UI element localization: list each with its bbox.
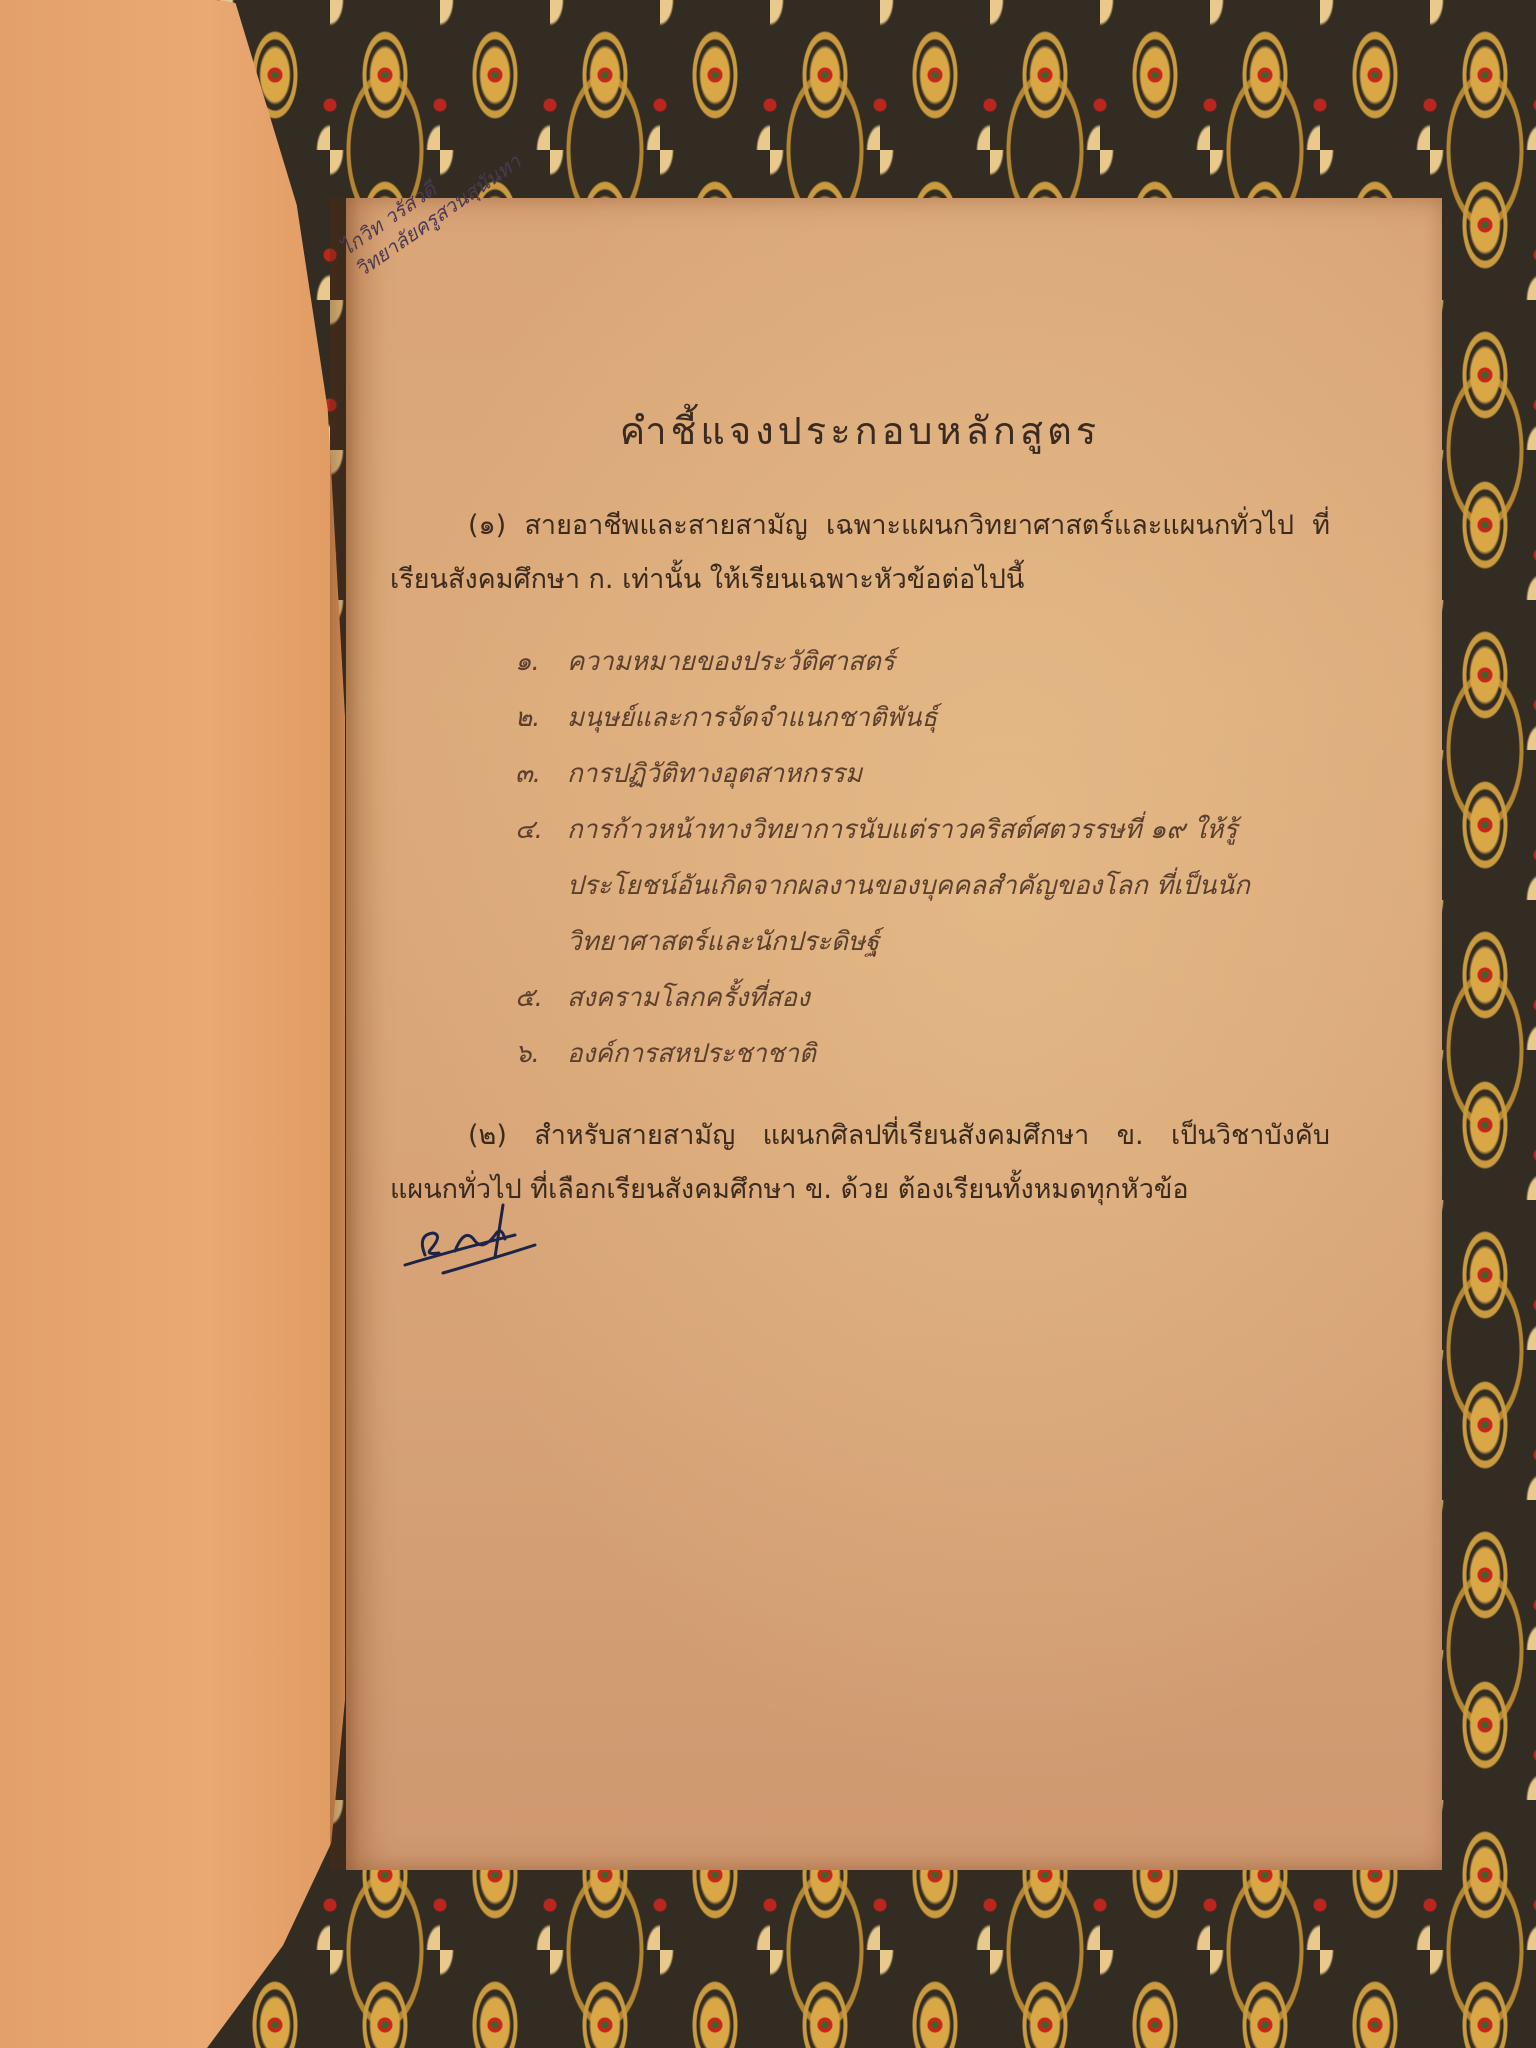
list-item: ๖.องค์การสหประชาชาติ — [515, 1026, 1330, 1082]
page-gutter-shadow — [330, 198, 360, 1870]
section-2-text: สำหรับสายสามัญ แผนกศิลปที่เรียนสังคมศึกษ… — [390, 1120, 1330, 1205]
list-item: ๓.การปฏิวัติทางอุตสาหกรรม — [515, 746, 1330, 802]
list-item: ๒.มนุษย์และการจัดจำแนกชาติพันธุ์ — [515, 690, 1330, 746]
section-1-label: (๑) — [468, 510, 506, 541]
section-2-label: (๒) — [468, 1120, 507, 1151]
list-item: ๕.สงครามโลกครั้งที่สอง — [515, 970, 1330, 1026]
document-body: คำชี้แจงประกอบหลักสูตร (๑) สายอาชีพและสา… — [390, 400, 1330, 1244]
page-title: คำชี้แจงประกอบหลักสูตร — [390, 400, 1330, 461]
topic-list: ๑.ความหมายของประวัติศาสตร์ ๒.มนุษย์และกา… — [515, 634, 1330, 1082]
signature-icon — [395, 1195, 555, 1285]
list-item: ๑.ความหมายของประวัติศาสตร์ — [515, 634, 1330, 690]
section-1: (๑) สายอาชีพและสายสามัญ เฉพาะแผนกวิทยาศา… — [390, 499, 1330, 607]
left-book-page — [0, 0, 345, 2048]
list-item: ๔.การก้าวหน้าทางวิทยาการนับแต่ราวคริสต์ศ… — [515, 802, 1330, 970]
section-1-text: สายอาชีพและสายสามัญ เฉพาะแผนกวิทยาศาสตร์… — [390, 510, 1330, 595]
